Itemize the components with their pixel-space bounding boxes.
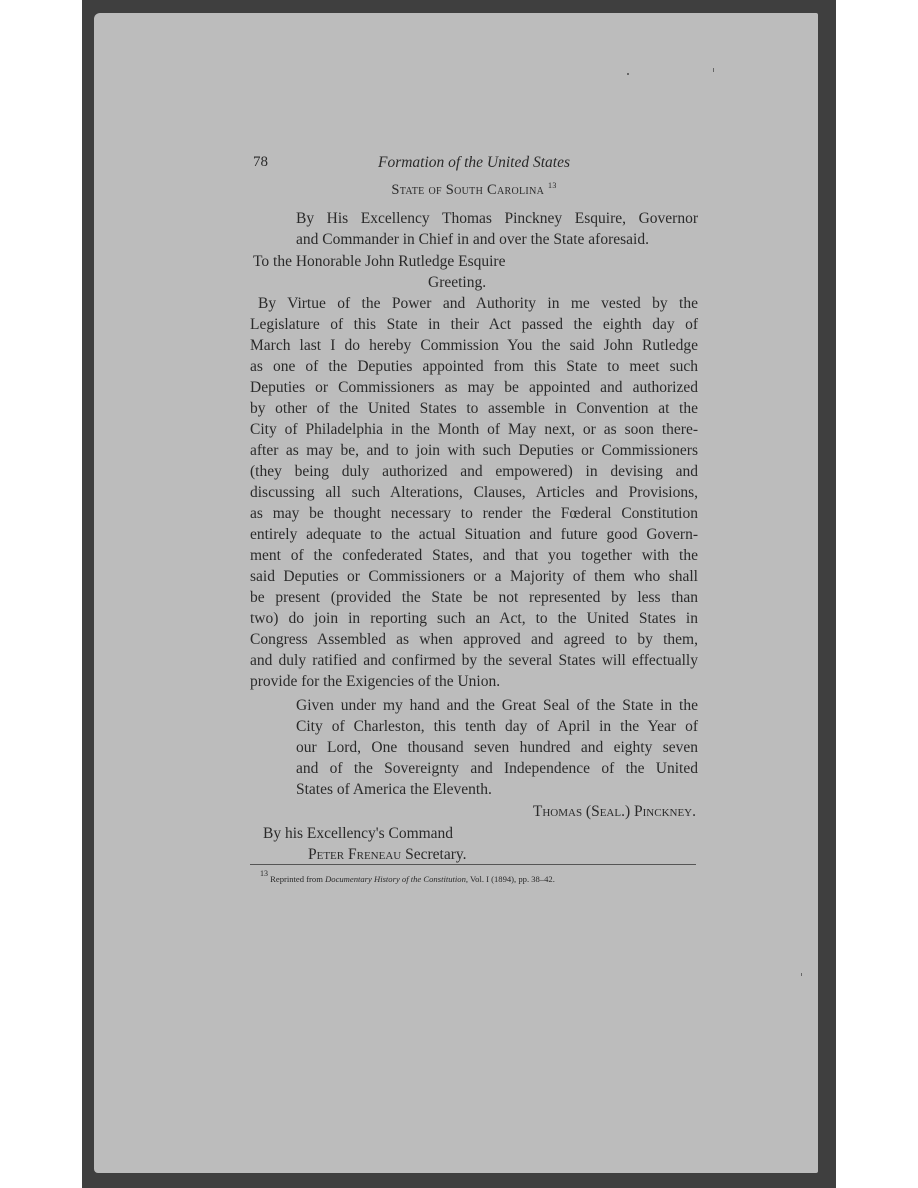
attestation-line: States of America the Eleventh. [296,779,698,800]
secretary-title: Secretary. [405,846,466,863]
preamble-line: and Commander in Chief in and over the S… [296,229,698,250]
body-line: as may be thought necessary to render th… [250,503,698,524]
secretary-line: Peter Freneau Secretary. [308,844,466,865]
attestation-line: City of Charleston, this tenth day of Ap… [296,716,698,737]
body-line: and duly ratified and confirmed by the s… [250,650,698,671]
body-line: two) do join in reporting such an Act, t… [250,608,698,629]
body-line: Deputies or Commissioners as may be appo… [250,377,698,398]
greeting: Greeting. [428,272,486,293]
document-title: State of South Carolina 13 [250,181,698,199]
body-line: March last I do hereby Commission You th… [250,335,698,356]
body-line: Congress Assembled as when approved and … [250,629,698,650]
signature: Thomas (Seal.) Pinckney. [533,801,696,822]
paper-speck [713,68,714,72]
footnote-divider [250,864,696,865]
footnote: 13 Reprinted from Documentary History of… [260,869,555,884]
footnote-number: 13 [260,869,268,878]
body-line: entirely adequate to the actual Situatio… [250,524,698,545]
attestation-line: and of the Sovereignty and Independence … [296,758,698,779]
body-line: by other of the United States to assembl… [250,398,698,419]
body-line: as one of the Deputies appointed from th… [250,356,698,377]
attestation-line: our Lord, One thousand seven hundred and… [296,737,698,758]
body-line: discussing all such Alterations, Clauses… [250,482,698,503]
attestation-line: Given under my hand and the Great Seal o… [296,695,698,716]
body-line: be present (provided the State be not re… [250,587,698,608]
body-line: By Virtue of the Power and Authority in … [258,293,698,314]
footnote-source-title: Documentary History of the Constitution [325,874,466,884]
body-line: Legislature of this State in their Act p… [250,314,698,335]
book-title: Formation of the United States [250,154,698,172]
footnote-ref: 13 [548,181,557,190]
footnote-suffix: , Vol. I (1894), pp. 38–42. [466,874,555,884]
running-head: 78 Formation of the United States [250,154,698,174]
body-line: (they being duly authorized and empowere… [250,461,698,482]
document-title-text: State of South Carolina [391,182,544,198]
body-line: said Deputies or Commissioners or a Majo… [250,566,698,587]
body-line: provide for the Exigencies of the Union. [250,671,698,692]
preamble-line: By His Excellency Thomas Pinckney Esquir… [296,208,698,229]
body-line: City of Philadelphia in the Month of May… [250,419,698,440]
body-line: after as may be, and to join with such D… [250,440,698,461]
paper-speck [627,73,629,75]
addressee: To the Honorable John Rutledge Esquire [253,251,505,272]
secretary-name: Peter Freneau [308,846,401,863]
paper-speck [801,973,802,976]
command-line: By his Excellency's Command [263,823,453,844]
body-line: ment of the confederated States, and tha… [250,545,698,566]
footnote-prefix: Reprinted from [270,874,323,884]
